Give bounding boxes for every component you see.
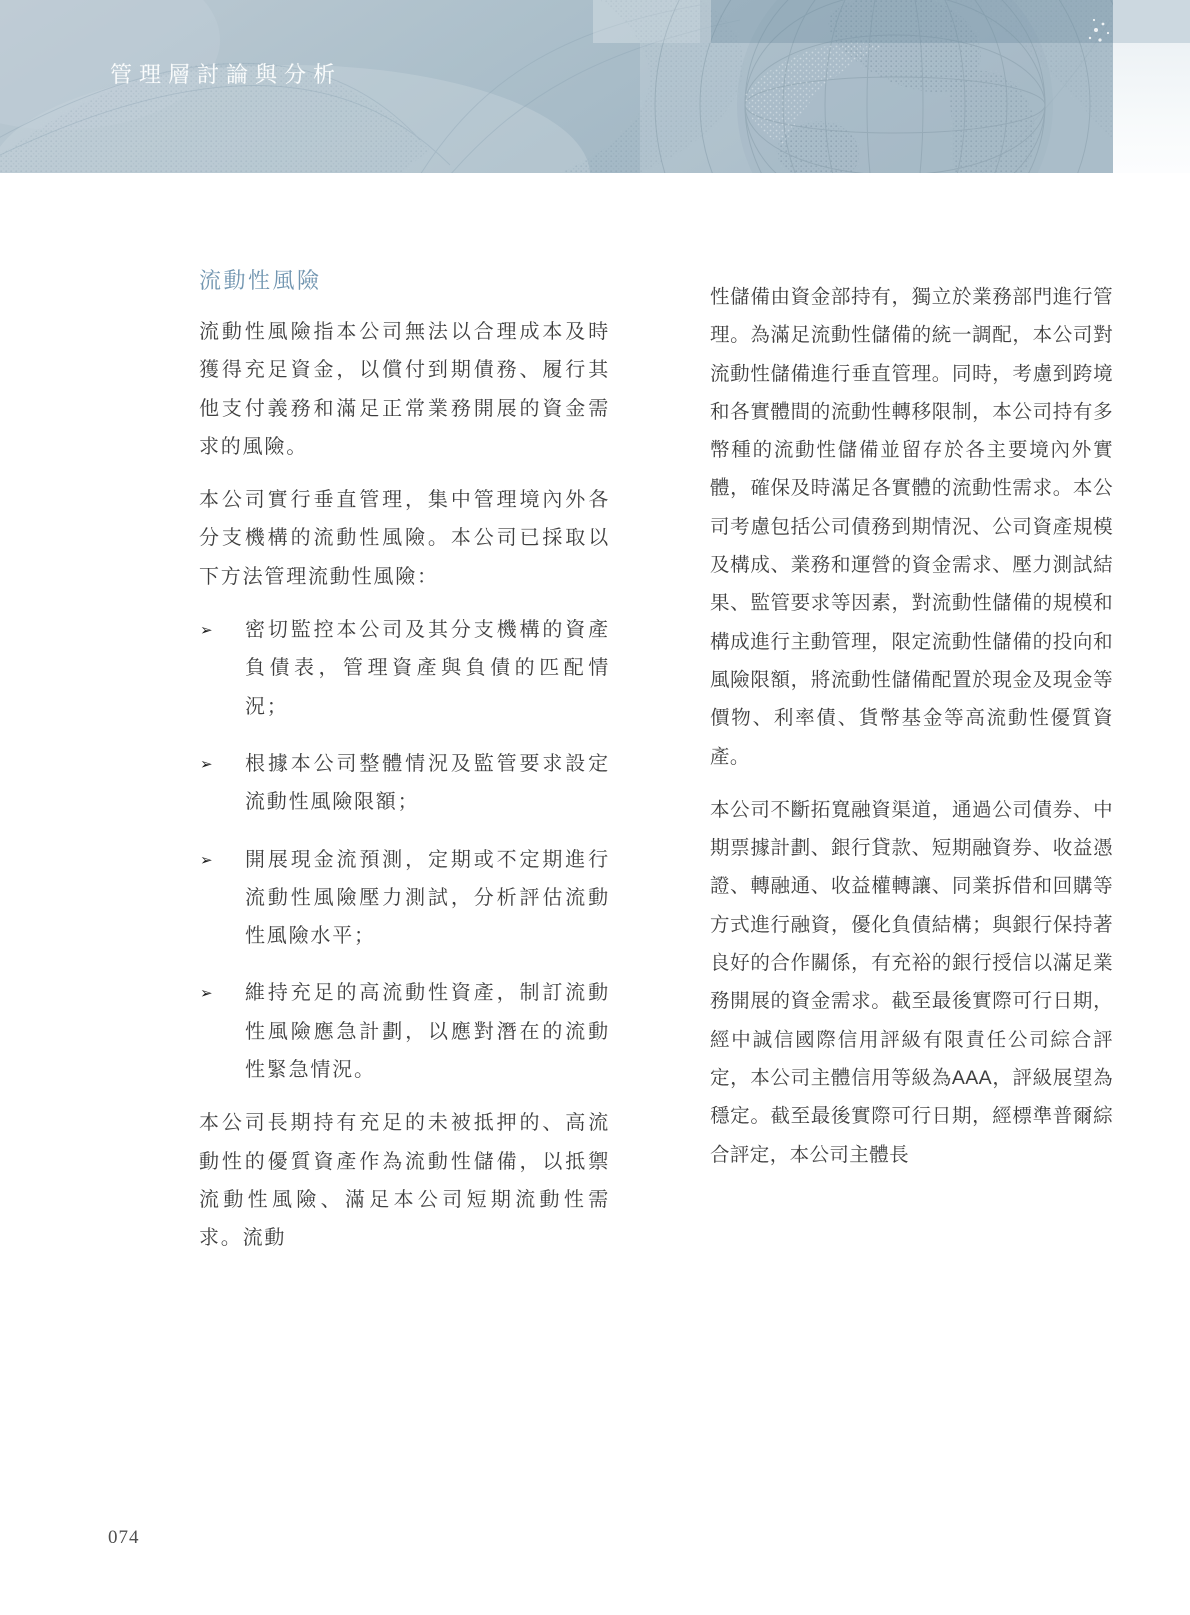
page-title: 管理層討論與分析 <box>110 58 342 89</box>
banner-right-strip-top <box>1113 0 1190 43</box>
page-number: 074 <box>108 1527 140 1549</box>
paragraph: 本公司不斷拓寬融資渠道，通過公司債券、中期票據計劃、銀行貸款、短期融資券、收益憑… <box>710 791 1113 1174</box>
bullet-text: 維持充足的高流動性資產，制訂流動性風險應急計劃，以應對潛在的流動性緊急情況。 <box>245 982 610 1081</box>
bullet-text: 密切監控本公司及其分支機構的資產負債表，管理資產與負債的匹配情況； <box>245 619 610 718</box>
banner-right-strip-bottom <box>1113 43 1190 173</box>
section-heading-liquidity-risk: 流動性風險 <box>199 266 610 296</box>
bullet-item: ➢ 開展現金流預測，定期或不定期進行流動性風險壓力測試，分析評估流動性風險水平； <box>199 841 610 956</box>
bullet-item: ➢ 維持充足的高流動性資產，制訂流動性風險應急計劃，以應對潛在的流動性緊急情況。 <box>199 974 610 1089</box>
right-text-column: 性儲備由資金部持有，獨立於業務部門進行管理。為滿足流動性儲備的統一調配，本公司對… <box>710 278 1113 1174</box>
report-page: { "header": { "title": "管理層討論與分析" }, "le… <box>0 0 1190 1615</box>
bullet-item: ➢ 密切監控本公司及其分支機構的資產負債表，管理資產與負債的匹配情況； <box>199 611 610 726</box>
bullet-text: 開展現金流預測，定期或不定期進行流動性風險壓力測試，分析評估流動性風險水平； <box>245 849 610 948</box>
paragraph: 本公司長期持有充足的未被抵押的、高流動性的優質資產作為流動性儲備，以抵禦流動性風… <box>199 1104 610 1257</box>
paragraph: 性儲備由資金部持有，獨立於業務部門進行管理。為滿足流動性儲備的統一調配，本公司對… <box>710 278 1113 776</box>
left-text-column: 流動性風險 流動性風險指本公司無法以合理成本及時獲得充足資金，以償付到期債務、履… <box>199 266 610 1258</box>
bullet-text: 根據本公司整體情況及監管要求設定流動性風險限額； <box>245 753 610 813</box>
paragraph: 本公司實行垂直管理，集中管理境內外各分支機構的流動性風險。本公司已採取以下方法管… <box>199 481 610 596</box>
arrowhead-bullet-icon: ➢ <box>200 975 213 1013</box>
arrowhead-bullet-icon: ➢ <box>200 612 213 650</box>
arrowhead-bullet-icon: ➢ <box>200 746 213 784</box>
arrowhead-bullet-icon: ➢ <box>200 842 213 880</box>
paragraph: 流動性風險指本公司無法以合理成本及時獲得充足資金，以償付到期債務、履行其他支付義… <box>199 313 610 466</box>
header-banner: 管理層討論與分析 <box>0 0 1113 173</box>
bullet-item: ➢ 根據本公司整體情況及監管要求設定流動性風險限額； <box>199 745 610 822</box>
bullet-list: ➢ 密切監控本公司及其分支機構的資產負債表，管理資產與負債的匹配情況； ➢ 根據… <box>199 611 610 1089</box>
